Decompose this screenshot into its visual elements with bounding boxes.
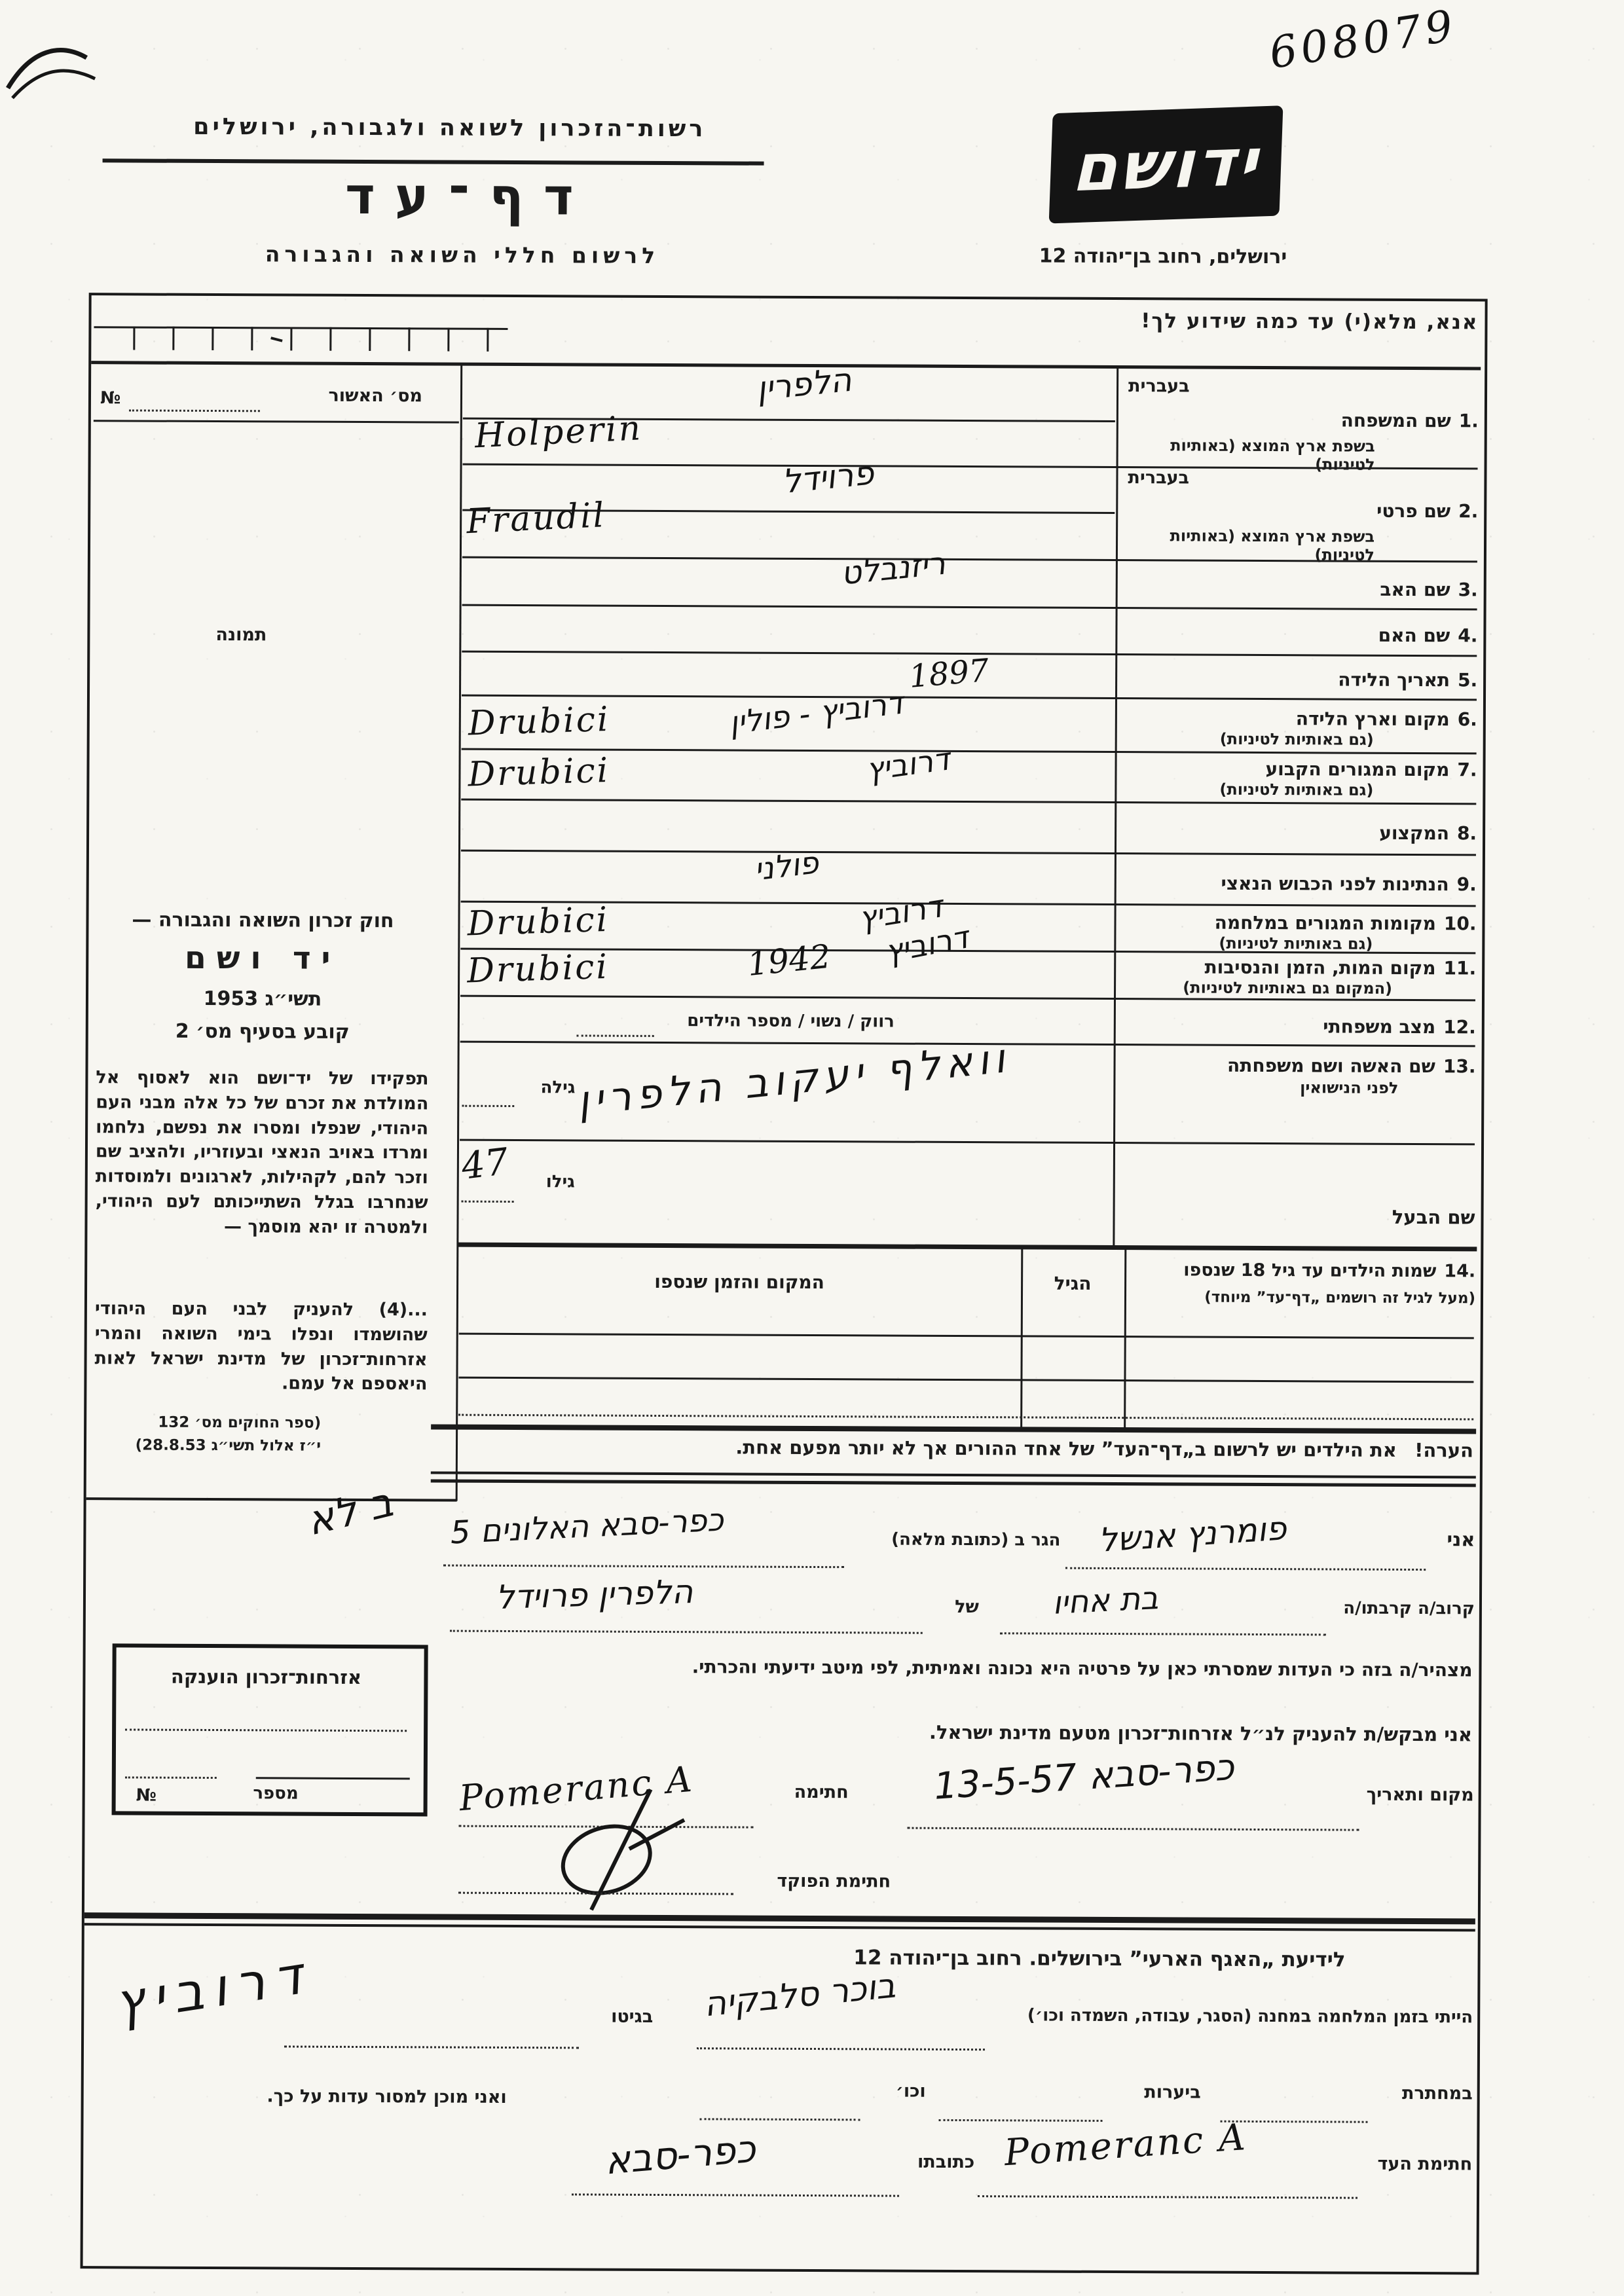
field-label-9: הנתינות לפני הכבוש הנאצי 9. (1118, 872, 1477, 895)
corner-scribble-icon (5, 33, 103, 105)
entry-first-name-latin: Fraudil (466, 496, 607, 541)
address-label: כתובתו (902, 2152, 974, 2172)
field-label-13: שם האשה ושם משפחתה 13. (1116, 1054, 1475, 1077)
field-label-3: שם האב 3. (1119, 577, 1478, 600)
field-label: המקצוע (1379, 822, 1449, 844)
intro-instruction: אנא, מלא(י) עד כמה שידוע לך! (986, 308, 1478, 334)
field-label-5: תאריך הלידה 5. (1118, 668, 1477, 691)
field-label: תאריך הלידה (1338, 668, 1450, 691)
signature-label: חתימה (764, 1782, 849, 1803)
law-name: יד ושם (99, 939, 426, 977)
field-number: 1. (1459, 410, 1479, 431)
field-number: 4. (1458, 625, 1477, 646)
scanned-testimony-page: 608079 רשות־הזכרון לשואה ולגבורה, ירושלי… (0, 0, 1624, 2296)
field-label: מקומות המגורים במלחמה (1215, 912, 1436, 934)
yad-vashem-logo: ידושם (1049, 105, 1283, 223)
field-sublabel-latin: בשפת ארץ המוצא (באותיות לטיניות) (1119, 526, 1375, 564)
declaration-relative-label: קרוב/ה קרבתו/ה (1331, 1598, 1475, 1618)
serial-grid-tick (172, 327, 174, 350)
ready-to-testify-text: ואני מוכן למסור עדות על כך. (88, 2085, 507, 2107)
serial-grid-tick (212, 327, 213, 350)
law-year: תשי״ג 1953 (99, 987, 426, 1011)
serial-grid-tick (329, 327, 331, 351)
box-dotted-line (125, 1776, 217, 1779)
field-number: 2. (1458, 500, 1478, 522)
field-label-1: שם המשפחה 1. (1120, 409, 1479, 431)
authority-title: רשות־הזכרון לשואה ולגבורה, ירושלים (181, 114, 718, 143)
law-reference: (ספר החוקים מס׳ 132 י״ז אלול תשי״ג 28.8.… (98, 1411, 321, 1457)
declaration-request: אני מבקש/ת להעניק לנ״ל אזרחות־זכרון מטעם… (456, 1719, 1472, 1746)
field-sublabel: (מעל לגיל זה רושמים „דף־עד” מיוחד) (1132, 1288, 1475, 1307)
underground-label: במחתרת (1375, 2083, 1473, 2104)
clerk-signature-label: חתימת הפוקד (740, 1871, 891, 1892)
field-label-6: מקום וארץ הלידה 6. (1118, 707, 1477, 730)
dotted-line (462, 1105, 514, 1107)
field-label-8: המקצוע 8. (1118, 821, 1477, 844)
serial-grid-tick (487, 328, 489, 352)
field-number: 13. (1443, 1055, 1476, 1077)
law-paragraph-1: תפקידו של יד־ושם הוא לאסוף אל המולדת את … (95, 1065, 428, 1240)
declaration-deceased-name: הלפרין פרוידל (495, 1573, 693, 1616)
field-label-2: שם פרטי 2. (1119, 499, 1478, 522)
marital-status-options: רווק / נשוי / מספר הילדים (659, 1011, 895, 1032)
field-label-10: מקומות המגורים במלחמה 10. (1117, 911, 1476, 934)
box-no-symbol: № (136, 1786, 157, 1806)
approval-no-symbol: № (100, 388, 120, 408)
place-date-label: מקום ותאריך (1359, 1785, 1474, 1806)
declaration-relation: בת אחיו (1052, 1580, 1159, 1622)
field-label-4: שם האם 4. (1118, 623, 1477, 646)
field-number: 6. (1458, 708, 1477, 730)
entry-residence-latin: Drubici (468, 751, 610, 795)
his-age-label: גילו (516, 1172, 575, 1192)
field-sublabel: (גם באותיות לטיניות) (1118, 780, 1373, 799)
field-label: שם פרטי (1376, 500, 1450, 522)
dotted-line (462, 1201, 514, 1203)
field-label-7: מקום המגורים הקבוע 7. (1118, 757, 1477, 780)
field-label: שמות הילדים עד גיל 18 שנספו (1183, 1260, 1436, 1281)
clerk-signature-scrawl (521, 1800, 731, 1912)
field-label: מקום וארץ הלידה (1296, 708, 1450, 730)
field-label-14: שמות הילדים עד גיל 18 שנספו 14. (1132, 1260, 1475, 1281)
field-label: מקום המגורים הקבוע (1265, 758, 1449, 780)
note-lead: הערה! (1414, 1439, 1473, 1461)
serial-grid-tick (290, 327, 292, 351)
forests-label: ביערות (1109, 2082, 1201, 2103)
field-sublabel: (המקום גם באותיות לטיניות) (1117, 978, 1392, 998)
field-sublabel: (גם באותיות לטיניות) (1117, 934, 1373, 953)
serial-grid-tick (133, 326, 135, 350)
field-label-12: מצב משפחתי 12. (1117, 1015, 1476, 1038)
serial-grid-tick (369, 327, 371, 351)
note-text: את הילדים יש לרשום ב„דף־העד” של אחד ההור… (735, 1436, 1397, 1461)
logo-text: ידושם (1071, 123, 1261, 206)
children-table-place-header: המקום והזמן שנספו (497, 1270, 982, 1294)
field-number: 3. (1458, 579, 1478, 600)
field-label: שם המשפחה (1341, 410, 1451, 432)
declaration-statement: מצהיר/ה בזה כי העדות שמסרתי כאן על פרטיה… (456, 1655, 1472, 1681)
field-number: 9. (1457, 873, 1477, 895)
law-heading: חוק זכרון השואה והגבורה — (99, 908, 426, 932)
field-number: 12. (1443, 1016, 1476, 1038)
field-label-11: מקום המות, הזמן והנסיבות 11. (1117, 956, 1476, 979)
serial-grid-tick (408, 327, 410, 351)
her-age-label: גילה (516, 1078, 575, 1097)
entry-death-place-latin: Drubici (466, 947, 609, 991)
serial-grid-tick (447, 328, 449, 352)
declaration-resides-label: הגר ב (כתובת מלאה) (849, 1529, 1060, 1550)
bottom-title: לידיעת „האגף הארעי” בירושלים. רחוב בן־יה… (553, 1944, 1346, 1971)
field-sublabel: (גם באותיות לטיניות) (1118, 729, 1374, 749)
etc-label: וכו׳ (867, 2081, 926, 2101)
field-sublabel-hebrew: בעברית (1128, 376, 1259, 397)
law-paragraph-2: ...(4) להעניק לבני העם היהודי שהושמדו ונ… (94, 1296, 428, 1396)
husband-label: שם הבעל (1116, 1205, 1475, 1228)
entry-family-name-latin: Holperin (473, 409, 643, 456)
field-label: שם האשה ושם משפחתה (1227, 1055, 1435, 1077)
approval-number-label: מס׳ האשור (265, 385, 422, 406)
field-number: 5. (1458, 669, 1477, 691)
box-number-label: מספר (227, 1783, 299, 1803)
dotted-line (577, 1034, 654, 1037)
entry-citizenship: פולני (752, 845, 821, 888)
field-number: 11. (1444, 957, 1477, 979)
children-table-age-header: הגיל (1022, 1272, 1123, 1294)
note-row: הערה! את הילדים יש לרשום ב„דף־העד” של אח… (457, 1435, 1473, 1462)
field-number: 14. (1444, 1261, 1475, 1281)
form-subtitle: לרשום חללי השואה והגבורה (233, 241, 692, 268)
law-clause: קובע בסעיף מס׳ 2 (99, 1019, 426, 1044)
box-title: אזרחות־זכרון הוענקה (125, 1665, 407, 1688)
entry-husband-age: 47 (459, 1140, 510, 1188)
entry-birth-year: 1897 (908, 652, 990, 695)
document-number-handwritten: 608079 (1266, 0, 1460, 79)
field-number: 10. (1444, 913, 1477, 934)
camp-label: הייתי בזמן המלחמה במחנה (הסגר, עבודה, הש… (991, 2005, 1473, 2027)
photo-placeholder-label: תמונה (185, 625, 297, 646)
field-number: 7. (1457, 759, 1477, 780)
field-sublabel-hebrew: בעברית (1128, 467, 1259, 488)
serial-grid-tick (251, 327, 253, 350)
entry-war-residence-latin: Drubici (467, 900, 610, 944)
field-label: הנתינות לפני הכבוש הנאצי (1221, 873, 1449, 896)
declaration-of-label: של (933, 1597, 979, 1617)
field-label: מקום המות, הזמן והנסיבות (1204, 957, 1435, 979)
field-number: 8. (1457, 822, 1477, 844)
field-label: שם האב (1380, 579, 1450, 600)
field-label: שם האם (1378, 625, 1450, 646)
form-title: דף־עד (286, 166, 652, 227)
field-label: מצב משפחתי (1323, 1015, 1435, 1038)
field-sublabel: לפני הנישואין (1116, 1078, 1398, 1097)
title-underline (103, 158, 764, 165)
ghetto-label: בגיטו (584, 2006, 653, 2026)
declaration-i-label: אני (1435, 1528, 1475, 1550)
entry-birth-place-latin: Drubici (468, 700, 610, 744)
office-address: ירושלים, רחוב בן־יהודה 12 (999, 244, 1327, 268)
witness-signature-label: חתימת העד (1367, 2154, 1472, 2175)
